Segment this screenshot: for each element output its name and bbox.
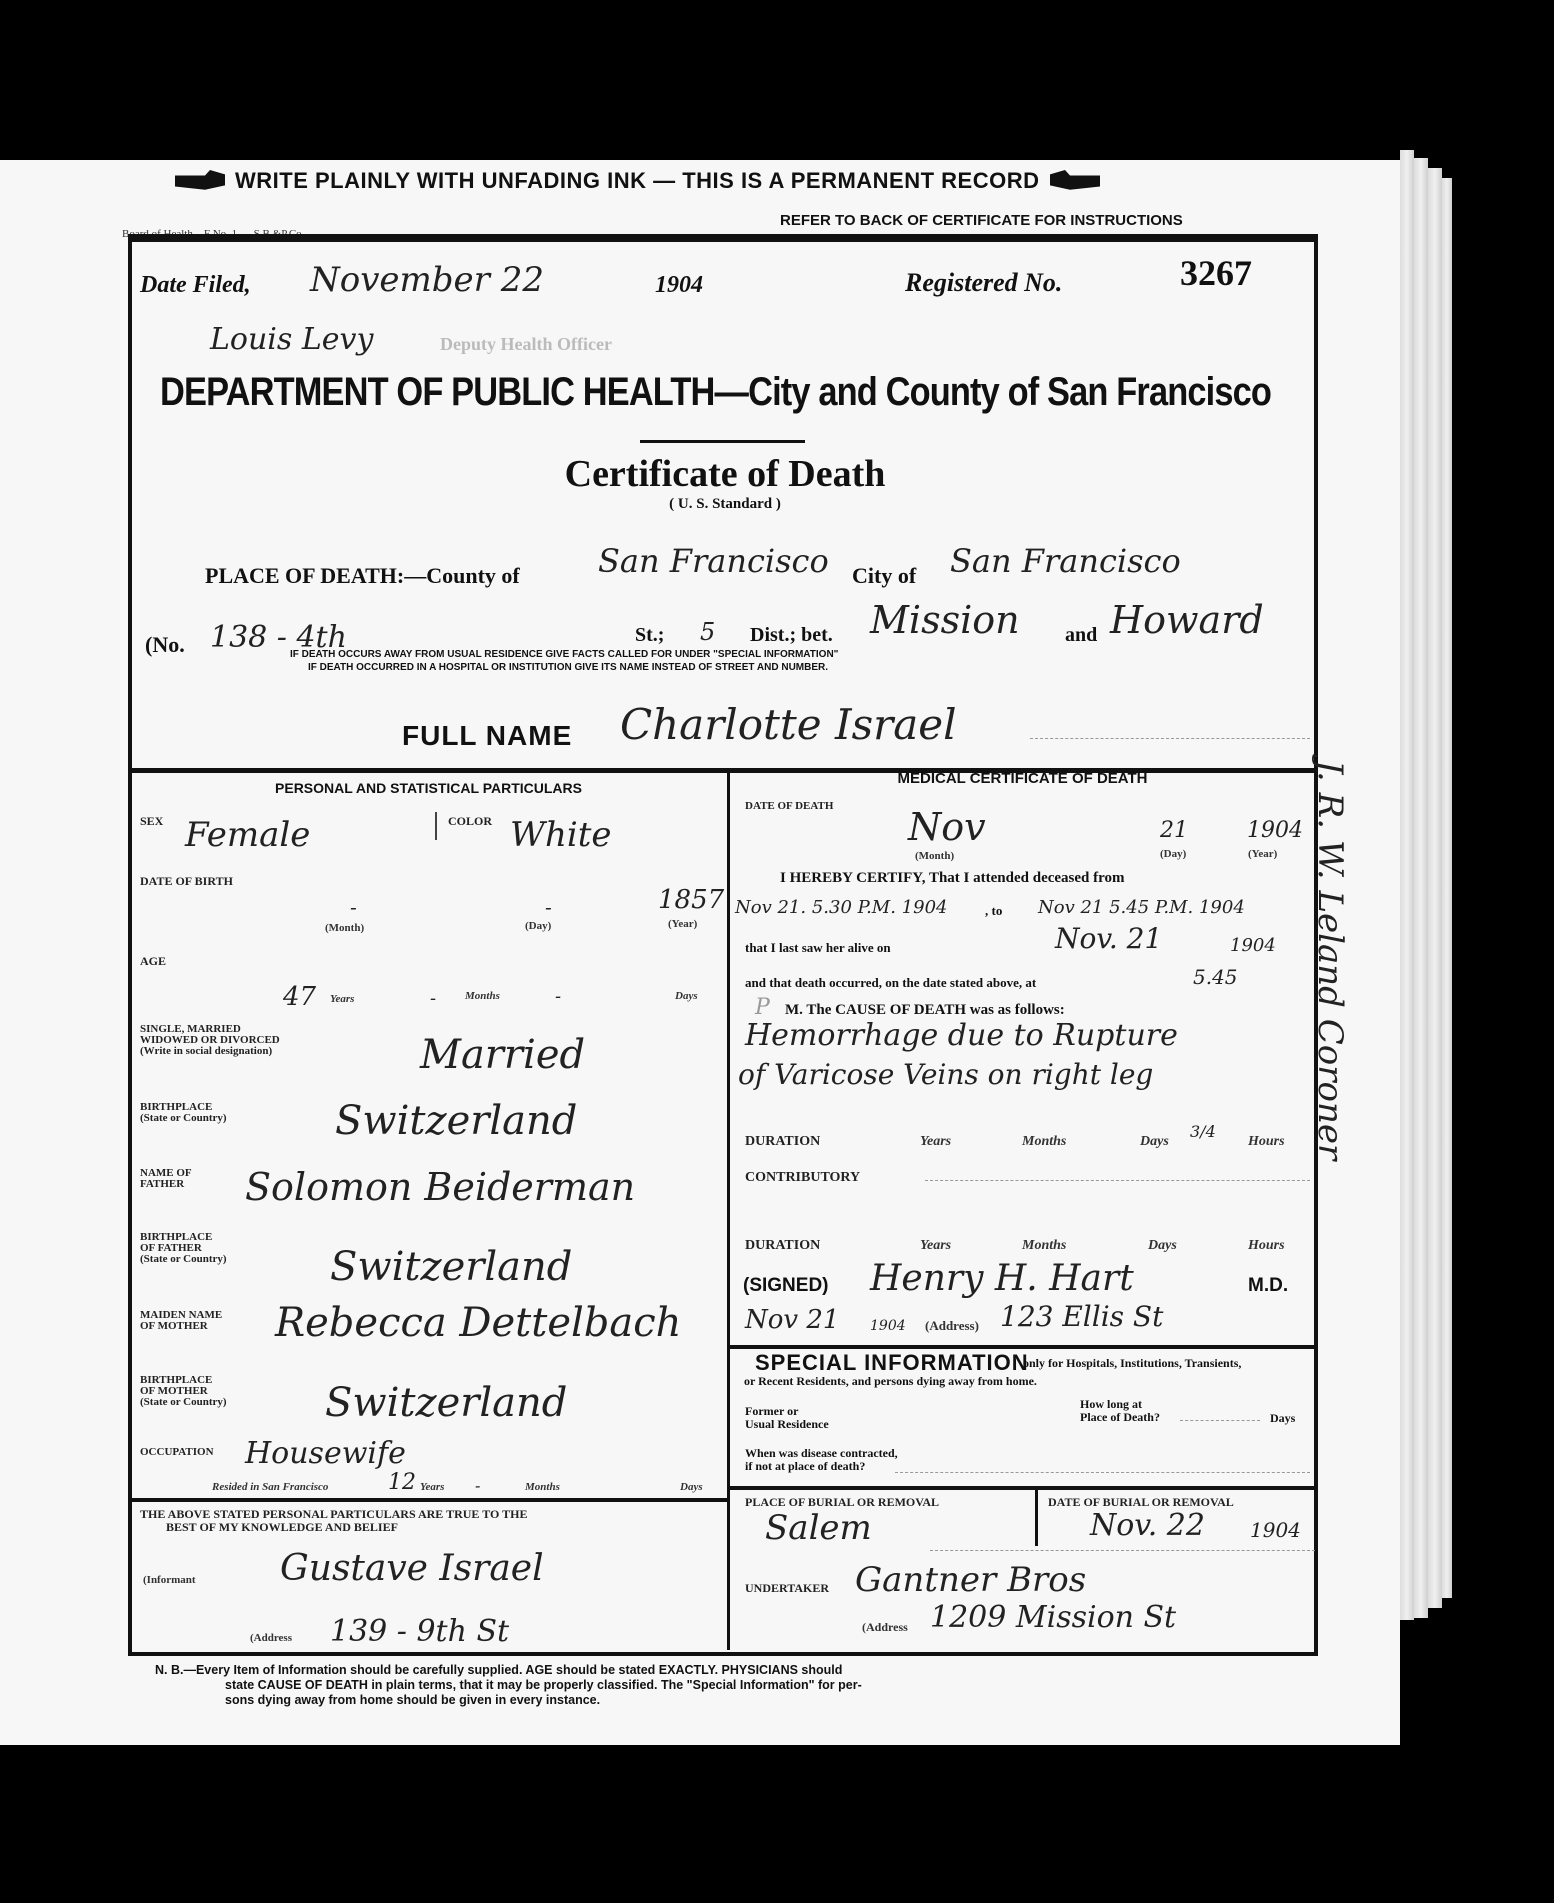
marital-label: SINGLE, MARRIED WIDOWED OR DIVORCED (Wri…	[140, 1024, 280, 1057]
father-label-2: FATHER	[140, 1179, 192, 1190]
place-of-death-label: PLACE OF DEATH:—County of	[205, 563, 520, 589]
how-long-days-label: Days	[1270, 1411, 1295, 1426]
father-birthplace-value: Switzerland	[330, 1244, 572, 1290]
mother-value: Rebecca Dettelbach	[275, 1300, 681, 1346]
date-of-death-label: DATE OF DEATH	[745, 800, 833, 812]
death-month: Nov	[908, 805, 986, 849]
resided-months-sub: Months	[525, 1481, 560, 1493]
date-filed-value: November 22	[310, 260, 544, 300]
mother-birthplace-label-3: (State or Country)	[140, 1397, 227, 1408]
burial-divider	[730, 1486, 1315, 1490]
death-year: 1904	[1247, 818, 1303, 843]
sex-color-divider	[435, 812, 437, 840]
ink-warning-banner: WRITE PLAINLY WITH UNFADING INK — THIS I…	[175, 168, 1275, 194]
resided-days-sub: Days	[680, 1481, 703, 1493]
contributory-line	[925, 1180, 1310, 1181]
ward-value: 5	[700, 618, 715, 646]
physician-address-label: (Address)	[925, 1318, 979, 1334]
last-saw-year: 1904	[1230, 935, 1276, 956]
contributory-label: CONTRIBUTORY	[745, 1172, 860, 1184]
death-time: 5.45	[1193, 965, 1238, 989]
column-divider	[727, 768, 730, 1650]
coroner-margin-note: J. R. W. Leland Coroner	[1310, 760, 1350, 1160]
dob-month: -	[350, 895, 357, 919]
certify-text: I HEREBY CERTIFY, That I attended deceas…	[780, 870, 1125, 887]
duration-2-label: DURATION	[745, 1240, 820, 1252]
duration-years: Years	[920, 1134, 951, 1150]
mother-birthplace-value: Switzerland	[325, 1380, 567, 1426]
cause-line-2: of Varicose Veins on right leg	[738, 1058, 1153, 1091]
undertaker-label: UNDERTAKER	[745, 1582, 829, 1594]
father-birthplace-label-3: (State or Country)	[140, 1254, 227, 1265]
mother-birthplace-label: BIRTHPLACE OF MOTHER (State or Country)	[140, 1375, 227, 1408]
dob-label: DATE OF BIRTH	[140, 875, 233, 887]
age-label: AGE	[140, 955, 166, 967]
burial-date-label: DATE of BURIAL or REMOVAL	[1048, 1496, 1234, 1508]
book-page-edge	[1428, 168, 1442, 1608]
book-page-edge	[1400, 150, 1414, 1620]
former-residence-label-2: Usual Residence	[745, 1418, 829, 1431]
age-months-value: -	[430, 988, 436, 1009]
death-year-sub: (Year)	[1248, 848, 1277, 860]
contracted-label: When was disease contracted, if not at p…	[745, 1447, 898, 1473]
birthplace-value: Switzerland	[335, 1098, 577, 1144]
county-value: San Francisco	[598, 542, 829, 580]
age-days-value: -	[555, 986, 561, 1007]
birthplace-label-2: (State or Country)	[140, 1113, 227, 1124]
cause-label: M. The CAUSE OF DEATH was as follows:	[785, 1002, 1065, 1019]
informant-statement-2: BEST OF MY KNOWLEDGE AND BELIEF	[140, 1521, 527, 1534]
resided-years-value: 12	[388, 1470, 416, 1495]
date-filed-year: 1904	[655, 272, 703, 299]
resided-years-sub: Years	[420, 1481, 444, 1493]
banner-text: WRITE PLAINLY WITH UNFADING INK — THIS I…	[235, 168, 1040, 194]
md-label: M.D.	[1248, 1275, 1288, 1297]
age-years-value: 47	[283, 982, 316, 1012]
burial-year-value: 1904	[1250, 1518, 1301, 1542]
signed-year: 1904	[870, 1318, 906, 1334]
contracted-line	[895, 1472, 1310, 1473]
department-title: DEPARTMENT OF PUBLIC HEALTH—City and Cou…	[160, 370, 1132, 415]
former-residence-label: Former or Usual Residence	[745, 1405, 829, 1431]
special-heading: SPECIAL INFORMATION	[755, 1350, 1029, 1376]
informant-label: (Informant	[143, 1574, 196, 1586]
attended-from: Nov 21. 5.30 P.M. 1904	[735, 897, 948, 918]
informant-name: Gustave Israel	[280, 1548, 544, 1589]
sex-label: SEX	[140, 815, 163, 827]
age-years-sub: Years	[330, 993, 354, 1005]
pointing-hand-icon	[175, 170, 225, 192]
footnote: N. B.—Every Item of Information should b…	[155, 1663, 862, 1708]
physician-address: 123 Ellis St	[1000, 1300, 1163, 1333]
resided-months-value: -	[475, 1476, 480, 1495]
informant-divider	[130, 1498, 727, 1502]
undertaker-address: 1209 Mission St	[930, 1600, 1176, 1635]
st-label: St.;	[635, 624, 664, 647]
footnote-line-2: state CAUSE OF DEATH in plain terms, tha…	[155, 1678, 862, 1693]
father-label: NAME OF FATHER	[140, 1168, 192, 1190]
resided-label: Resided in San Francisco	[212, 1481, 328, 1493]
dob-month-sub: (Month)	[325, 922, 364, 934]
city-label: City of	[852, 563, 916, 589]
duration-2-years: Years	[920, 1238, 951, 1254]
father-value: Solomon Beiderman	[245, 1165, 635, 1209]
deputy-signature: Louis Levy	[210, 322, 373, 357]
date-filed-label: Date Filed,	[140, 272, 251, 299]
book-page-edge	[1414, 158, 1428, 1618]
father-birthplace-label: BIRTHPLACE OF FATHER (State or Country)	[140, 1232, 227, 1265]
refer-instructions: REFER TO BACK OF CERTIFICATE FOR INSTRUC…	[780, 212, 1183, 229]
dob-year-sub: (Year)	[668, 918, 697, 930]
color-value: White	[510, 815, 612, 855]
informant-statement: THE ABOVE STATED PERSONAL PARTICULARS AR…	[140, 1508, 527, 1534]
duration-label: DURATION	[745, 1136, 820, 1148]
death-month-sub: (Month)	[915, 850, 954, 862]
cause-line-1: Hemorrhage due to Rupture	[745, 1018, 1178, 1053]
duration-hours: Hours	[1248, 1134, 1285, 1150]
place-note-1: IF DEATH OCCURS AWAY FROM USUAL RESIDENC…	[290, 648, 838, 661]
full-name-label: FULL NAME	[402, 720, 572, 752]
special-divider	[730, 1345, 1315, 1349]
burial-column-divider	[1035, 1486, 1038, 1546]
dob-day: -	[545, 895, 552, 919]
full-name-line	[1030, 738, 1310, 739]
last-saw-date: Nov. 21	[1055, 922, 1162, 955]
duration-2-hours: Hours	[1248, 1238, 1285, 1254]
burial-place-label: PLACE OF BURIAL OR REMOVAL	[745, 1496, 939, 1508]
attended-to: Nov 21 5.45 P.M. 1904	[1038, 897, 1245, 918]
to-label: , to	[985, 903, 1002, 919]
informant-address-label: (Address	[250, 1632, 292, 1644]
signed-date: Nov 21	[745, 1305, 839, 1335]
book-page-edge	[1442, 178, 1452, 1598]
age-days-sub: Days	[675, 990, 698, 1002]
mother-label: MAIDEN NAME OF MOTHER	[140, 1310, 222, 1332]
special-note-2: or Recent Residents, and persons dying a…	[744, 1374, 1037, 1389]
between-street-1: Mission	[870, 598, 1020, 642]
contracted-label-2: if not at place of death?	[745, 1460, 898, 1473]
dob-day-sub: (Day)	[525, 920, 551, 932]
footnote-line-1: N. B.—Every Item of Information should b…	[155, 1663, 862, 1678]
full-name-value: Charlotte Israel	[620, 700, 957, 749]
place-instructions: IF DEATH OCCURS AWAY FROM USUAL RESIDENC…	[290, 648, 838, 674]
duration-days: Days	[1140, 1134, 1169, 1150]
birthplace-label: BIRTHPLACE (State or Country)	[140, 1102, 227, 1124]
occupation-value: Housewife	[245, 1436, 406, 1471]
duration-2-months: Months	[1022, 1238, 1066, 1254]
certificate-title: Certificate of Death	[0, 452, 1450, 496]
duration-months: Months	[1022, 1134, 1066, 1150]
marital-label-3: (Write in social designation)	[140, 1046, 280, 1057]
city-value: San Francisco	[950, 542, 1181, 580]
and-label: and	[1065, 624, 1097, 647]
how-long-line	[1180, 1420, 1260, 1421]
burial-date-value: Nov. 22	[1090, 1508, 1205, 1543]
dob-year: 1857	[658, 885, 724, 915]
undertaker-address-label: (Address	[862, 1620, 908, 1635]
place-note-2: IF DEATH OCCURRED IN A HOSPITAL OR INSTI…	[290, 661, 838, 674]
deputy-title: Deputy Health Officer	[440, 334, 612, 355]
between-street-2: Howard	[1110, 598, 1264, 642]
us-standard-label: ( U. S. Standard )	[0, 496, 1450, 513]
meridiem-value: P	[755, 995, 770, 1020]
burial-line	[930, 1550, 1315, 1551]
death-day-sub: (Day)	[1160, 848, 1186, 860]
informant-address: 139 - 9th St	[330, 1614, 509, 1649]
dist-label: Dist.; bet.	[750, 624, 833, 647]
duration-days-value: 3/4	[1190, 1122, 1216, 1141]
pointing-hand-icon	[1050, 170, 1100, 192]
how-long-label-2: Place of Death?	[1080, 1411, 1160, 1424]
sex-value: Female	[185, 815, 310, 855]
color-label: COLOR	[448, 815, 492, 827]
occupation-label: OCCUPATION	[140, 1446, 214, 1458]
marital-value: Married	[420, 1032, 585, 1078]
street-no-label: (No.	[145, 632, 185, 658]
personal-heading: PERSONAL AND STATISTICAL PARTICULARS	[130, 780, 727, 796]
duration-2-days: Days	[1148, 1238, 1177, 1254]
burial-place-value: Salem	[765, 1508, 872, 1548]
footnote-line-3: sons dying away from home should be give…	[155, 1693, 862, 1708]
mother-label-2: OF MOTHER	[140, 1321, 222, 1332]
occurred-label: and that death occurred, on the date sta…	[745, 975, 1036, 991]
physician-signature: Henry H. Hart	[870, 1258, 1134, 1299]
last-saw-label: that I last saw her alive on	[745, 940, 891, 956]
medical-heading: MEDICAL CERTIFICATE OF DEATH	[730, 770, 1315, 787]
special-note-1: only for Hospitals, Institutions, Transi…	[1023, 1356, 1241, 1371]
age-months-sub: Months	[465, 990, 500, 1002]
registered-no-value: 3267	[1180, 252, 1252, 294]
how-long-label: How long at Place of Death?	[1080, 1398, 1160, 1424]
death-day: 21	[1160, 818, 1188, 843]
undertaker-value: Gantner Bros	[855, 1560, 1086, 1600]
signed-label: (SIGNED)	[743, 1275, 829, 1297]
title-divider	[640, 440, 805, 443]
registered-no-label: Registered No.	[905, 268, 1062, 298]
